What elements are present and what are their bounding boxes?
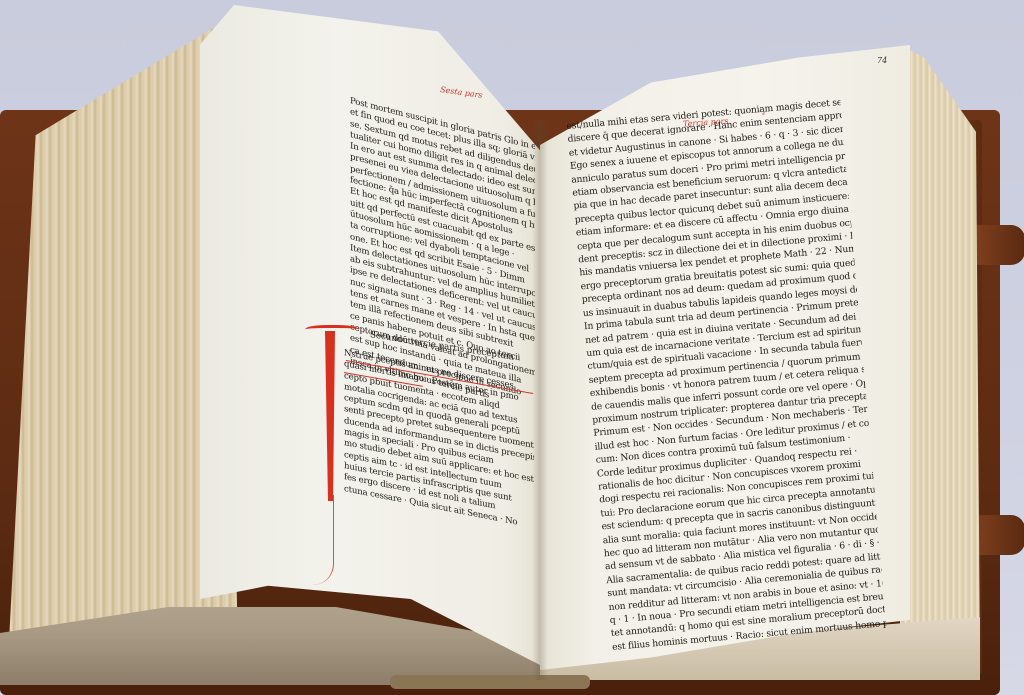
clasp-lower [975, 515, 1024, 555]
book-photograph: Sesta pars Post mortem suscipit in glori… [0, 0, 1024, 695]
clasp-upper [975, 225, 1024, 265]
spine-headband [390, 675, 590, 689]
folio-number: 74 [877, 56, 887, 65]
initial-flourish [313, 495, 334, 585]
right-page-edges [900, 45, 980, 665]
right-text-block: est/nulla mihi etas sera videri potest: … [566, 96, 887, 654]
initial-stem [325, 331, 335, 501]
